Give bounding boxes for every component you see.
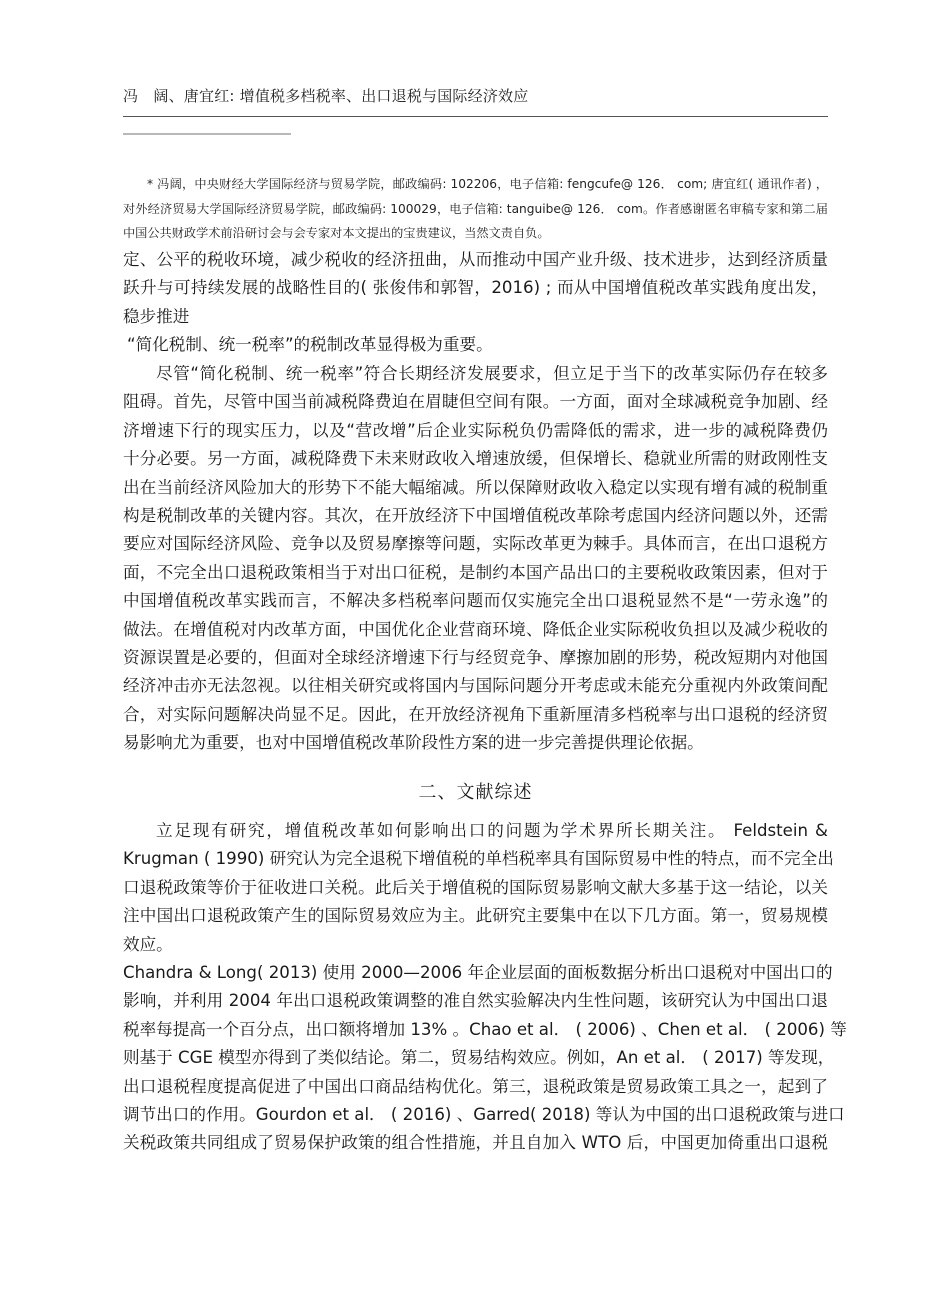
text-line: 影响，并利用 2004 年出口退税政策调整的准自然实验解决内生性问题，该研究认为… (123, 987, 828, 1015)
text-line: 出口退税程度提高促进了中国出口商品结构优化。第三，退税政策是贸易政策工具之一，起… (123, 1073, 828, 1101)
text-line: 出在当前经济风险加大的形势下不能大幅缩减。所以保障财政收入稳定以实现有增有减的税… (123, 474, 828, 502)
author-footnote: * 冯阔，中央财经大学国际经济与贸易学院，邮政编码: 102206，电子信箱: … (123, 172, 828, 246)
paragraph-continuation: 定、公平的税收环境，减少税收的经济扭曲，从而推动中国产业升级、技术进步，达到经济… (123, 246, 828, 360)
running-header-title: 冯 阔、唐宜红: 增值税多档税率、出口退税与国际经济效应 (123, 86, 528, 106)
text-line: 易影响尤为重要，也对中国增值税改革阶段性方案的进一步完善提供理论依据。 (123, 729, 828, 757)
paragraph-literature-effects: Chandra & Long( 2013) 使用 2000—2006 年企业层面… (123, 959, 828, 1158)
text-line: 效应。 (123, 931, 828, 959)
text-line: 稳步推进 (123, 303, 828, 331)
text-line: 定、公平的税收环境，减少税收的经济扭曲，从而推动中国产业升级、技术进步，达到经济… (123, 246, 828, 274)
text-line: 立足现有研究，增值税改革如何影响出口的问题为学术界所长期关注。 Feldstei… (123, 817, 828, 845)
section-heading: 二、文献综述 (123, 780, 828, 806)
text-line: 则基于 CGE 模型亦得到了类似结论。第二，贸易结构效应。例如，An et al… (123, 1044, 828, 1072)
text-line: 经济冲击亦无法忽视。以往相关研究或将国内与国际问题分开考虑或未能充分重视内外政策… (123, 672, 828, 700)
text-line: 调节出口的作用。Gourdon et al． ( 2016) 、Garred( … (123, 1101, 828, 1129)
text-line: 税率每提高一个百分点，出口额将增加 13% 。Chao et al． ( 200… (123, 1016, 828, 1044)
text-line: 济增速下行的现实压力，以及“营改增”后企业实际税负仍需降低的需求，进一步的减税降… (123, 417, 828, 445)
text-line: 合，对实际问题解决尚显不足。因此，在开放经济视角下重新厘清多档税率与出口退税的经… (123, 701, 828, 729)
text-line: Krugman ( 1990) 研究认为完全退税下增值税的单档税率具有国际贸易中… (123, 845, 828, 873)
text-line: 面，不完全出口退税政策相当于对出口征税，是制约本国产品出口的主要税收政策因素，但… (123, 559, 828, 587)
text-line: 做法。在增值税对内改革方面，中国优化企业营商环境、降低企业实际税收负担以及减少税… (123, 616, 828, 644)
paragraph-literature-intro: 立足现有研究，增值税改革如何影响出口的问题为学术界所长期关注。 Feldstei… (123, 817, 828, 959)
text-line: “简化税制、统一税率”的税制改革显得极为重要。 (127, 331, 828, 359)
text-line: 中国增值税改革实践而言，不解决多档税率问题而仅实施完全出口退税显然不是“一劳永逸… (123, 587, 828, 615)
text-line: 构是税制改革的关键内容。其次，在开放经济下中国增值税改革除考虑国内经济问题以外，… (123, 502, 828, 530)
footnote-separator (123, 133, 291, 135)
text-line: 要应对国际经济风险、竞争以及贸易摩擦等问题，实际改革更为棘手。具体而言，在出口退… (123, 530, 828, 558)
header-rule (123, 116, 828, 117)
text-line: 跃升与可持续发展的战略性目的( 张俊伟和郭智，2016) ; 而从中国增值税改革… (123, 274, 828, 302)
paragraph-reform-obstacles: 尽管“简化税制、统一税率”符合长期经济发展要求，但立足于当下的改革实际仍存在较多… (123, 360, 828, 757)
text-line: 关税政策共同组成了贸易保护政策的组合性措施，并且自加入 WTO 后，中国更加倚重… (123, 1129, 828, 1157)
text-line: 口退税政策等价于征收进口关税。此后关于增值税的国际贸易影响文献大多基于这一结论，… (123, 874, 828, 902)
text-line: 尽管“简化税制、统一税率”符合长期经济发展要求，但立足于当下的改革实际仍存在较多 (123, 360, 828, 388)
text-line: 资源误置是必要的，但面对全球经济增速下行与经贸竞争、摩擦加剧的形势，税改短期内对… (123, 644, 828, 672)
text-line: Chandra & Long( 2013) 使用 2000—2006 年企业层面… (123, 959, 828, 987)
text-line: 注中国出口退税政策产生的国际贸易效应为主。此研究主要集中在以下几方面。第一，贸易… (123, 902, 828, 930)
text-line: 阻碍。首先，尽管中国当前减税降费迫在眉睫但空间有限。一方面，面对全球减税竞争加剧… (123, 388, 828, 416)
text-line: 十分必要。另一方面，减税降费下未来财政收入增速放缓，但保增长、稳就业所需的财政刚… (123, 445, 828, 473)
